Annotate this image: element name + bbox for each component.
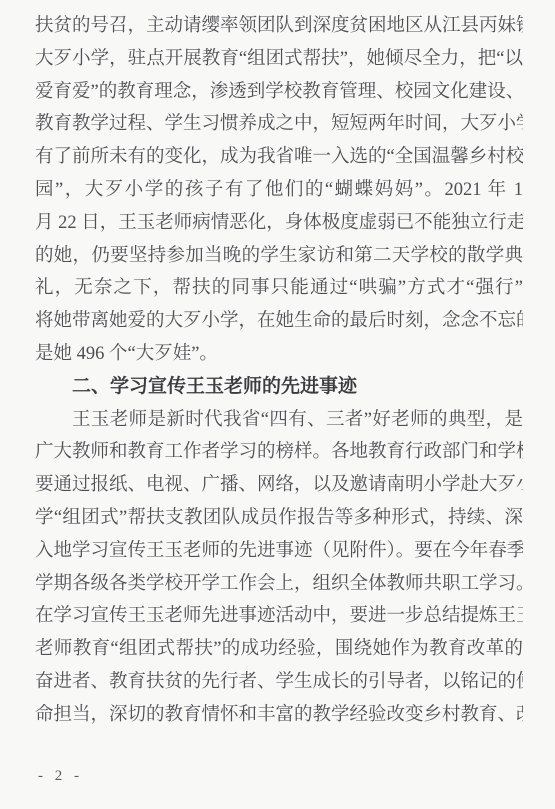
body-line: 要通过报纸、电视、广播、网络，以及邀请南明小学赴大歹小 <box>35 469 523 502</box>
body-line: 爱育爱”的教育理念，渗透到学校教育管理、校园文化建设、 <box>35 76 523 109</box>
body-line: 入地学习宣传王玉老师的先进事迹（见附件）。要在今年春季 <box>35 535 523 568</box>
body-line: 是她 496 个“大歹娃”。 <box>35 338 523 371</box>
body-line: 有了前所未有的变化，成为我省唯一入选的“全国温馨乡村校 <box>35 141 523 174</box>
body-line: 命担当，深切的教育情怀和丰富的教学经验改变乡村教育、改 <box>35 699 523 732</box>
body-line: 将她带离她爱的大歹小学，在她生命的最后时刻，念念不忘的 <box>35 305 523 338</box>
body-line: 园”，大歹小学的孩子有了他们的“蝴蝶妈妈”。2021 年 1 <box>35 174 523 207</box>
section-heading: 二、学习宣传王玉老师的先进事迹 <box>35 371 523 404</box>
page-number: - 2 - <box>38 768 83 785</box>
body-line: 教育教学过程、学生习惯养成之中，短短两年时间，大歹小学 <box>35 108 523 141</box>
body-line: 的她，仍要坚持参加当晚的学生家访和第二天学校的散学典 <box>35 240 523 273</box>
body-line: 大歹小学，驻点开展教育“组团式帮扶”，她倾尽全力，把“以 <box>35 43 523 76</box>
document-page: 扶贫的号召，主动请缨率领团队到深度贫困地区从江县丙妹镇 大歹小学，驻点开展教育“… <box>0 0 555 809</box>
body-line: 月 22 日，王玉老师病情恶化，身体极度虚弱已不能独立行走 <box>35 207 523 240</box>
body-line: 王玉老师是新时代我省“四有、三者”好老师的典型，是 <box>35 404 523 437</box>
body-line: 学期各级各类学校开学工作会上，组织全体教师共职工学习。 <box>35 568 523 601</box>
body-line: 奋进者、教育扶贫的先行者、学生成长的引导者，以铭记的使 <box>35 666 523 699</box>
body-line: 学“组团式”帮扶支教团队成员作报告等多种形式，持续、深 <box>35 502 523 535</box>
body-line: 扶贫的号召，主动请缨率领团队到深度贫困地区从江县丙妹镇 <box>35 10 523 43</box>
body-line: 广大教师和教育工作者学习的榜样。各地教育行政部门和学校 <box>35 436 523 469</box>
body-line: 在学习宣传王玉老师先进事迹活动中，要进一步总结提炼王玉 <box>35 600 523 633</box>
body-line: 老师教育“组团式帮扶”的成功经验，围绕她作为教育改革的 <box>35 633 523 666</box>
body-line: 礼，无奈之下，帮扶的同事只能通过“哄骗”方式才“强行” <box>35 272 523 305</box>
document-body: 扶贫的号召，主动请缨率领团队到深度贫困地区从江县丙妹镇 大歹小学，驻点开展教育“… <box>35 10 523 732</box>
